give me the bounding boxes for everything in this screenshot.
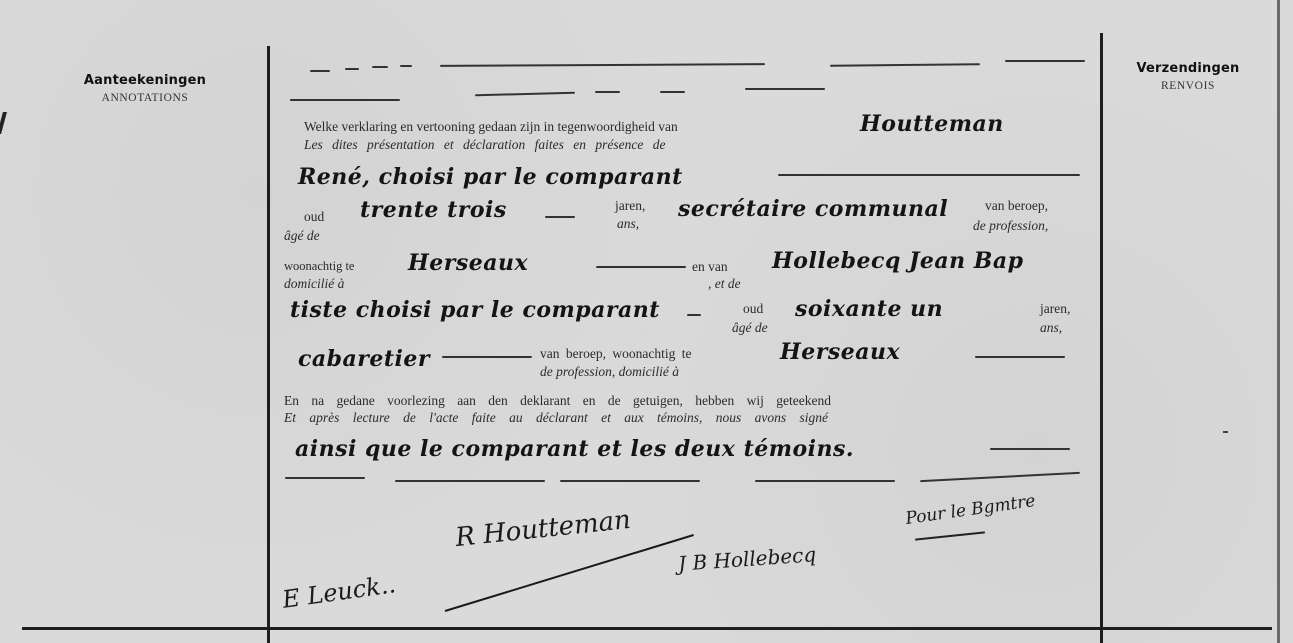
document-page: Aanteekeningen ANNOTATIONS Verzendingen … [0, 0, 1293, 643]
filler-line [475, 92, 575, 97]
filler-line [395, 480, 545, 482]
filler-line [975, 356, 1065, 358]
filler-line [660, 91, 685, 93]
and-label-nl: en van [692, 259, 728, 275]
filler-line [745, 88, 825, 90]
age-label-fr: âgé de [284, 228, 320, 244]
profession-label-nl: van beroep, [985, 198, 1048, 214]
years-label-nl: jaren, [615, 198, 645, 214]
age-label-nl: oud [304, 209, 324, 225]
residence-label-nl: woonachtig te [284, 259, 354, 274]
closing-text-nl: En na gedane voorlezing aan den deklaran… [284, 393, 1084, 409]
filler-line [1005, 60, 1085, 62]
witness1-residence: Herseaux [408, 250, 528, 276]
signature-4: Pour le Bgmtre [904, 491, 1036, 529]
filler-line [596, 266, 686, 268]
renvois-heading: Verzendingen RENVOIS [1108, 61, 1268, 92]
page-edge-rule [1277, 0, 1280, 643]
annotations-heading: Aanteekeningen ANNOTATIONS [40, 73, 250, 104]
annotations-heading-fr: ANNOTATIONS [40, 92, 250, 104]
renvois-heading-fr: RENVOIS [1108, 80, 1268, 92]
filler-line [345, 68, 359, 70]
filler-line [545, 216, 575, 218]
filler-line [687, 314, 701, 316]
ink-speck [1223, 431, 1228, 433]
right-margin-rule [1100, 33, 1103, 643]
witness2-name: Hollebecq Jean Bap [772, 248, 1024, 274]
filler-line [990, 448, 1070, 450]
age-label-nl-2: oud [743, 301, 763, 317]
witness2-profession: cabaretier [298, 346, 430, 372]
annotations-heading-nl: Aanteekeningen [40, 73, 250, 88]
profession-residence-fr: de profession, domicilié à [540, 364, 679, 380]
signature-1: E Leuck.. [281, 570, 398, 614]
renvois-heading-nl: Verzendingen [1108, 61, 1268, 76]
filler-line [290, 99, 400, 101]
years-label-nl-2: jaren, [1040, 301, 1070, 317]
closing-handwritten: ainsi que le comparant et les deux témoi… [295, 436, 854, 462]
filler-line [285, 477, 365, 479]
years-label-fr: ans, [617, 216, 639, 232]
signature-3: J B Hollebecq [677, 542, 817, 576]
filler-line [400, 65, 412, 67]
witness1-surname: Houtteman [860, 111, 1004, 137]
filler-line [442, 356, 532, 358]
and-label-fr: , et de [708, 276, 741, 292]
filler-line [755, 480, 895, 482]
filler-line [830, 63, 980, 67]
presence-text-fr: Les dites présentation et déclaration fa… [304, 137, 665, 153]
filler-line [310, 70, 330, 72]
witness2-forename-cont: tiste choisi par le comparant [290, 297, 660, 323]
witness2-residence: Herseaux [780, 339, 900, 365]
profession-label-fr: de profession, [973, 218, 1048, 234]
filler-line [372, 66, 388, 68]
filler-line [560, 480, 700, 482]
age-label-fr-2: âgé de [732, 320, 768, 336]
presence-text-nl: Welke verklaring en vertooning gedaan zi… [304, 119, 678, 135]
filler-line [595, 91, 620, 93]
witness1-age: trente trois [360, 197, 507, 223]
bottom-rule [22, 627, 1272, 630]
years-label-fr-2: ans, [1040, 320, 1062, 336]
left-margin-rule [267, 46, 270, 643]
filler-line [920, 472, 1080, 482]
signature-2: R Houtteman [454, 505, 632, 553]
witness2-age: soixante un [795, 296, 943, 322]
filler-line [778, 174, 1080, 176]
filler-line [440, 63, 765, 67]
residence-label-fr: domicilié à [284, 276, 344, 292]
witness1-profession: secrétaire communal [678, 196, 948, 222]
edge-mark [0, 112, 7, 134]
signature-4-flourish [915, 531, 985, 540]
witness1-forename: René, choisi par le comparant [298, 164, 683, 190]
closing-text-fr: Et après lecture de l'acte faite au décl… [284, 410, 828, 426]
profession-residence-nl: van beroep, woonachtig te [540, 346, 691, 362]
